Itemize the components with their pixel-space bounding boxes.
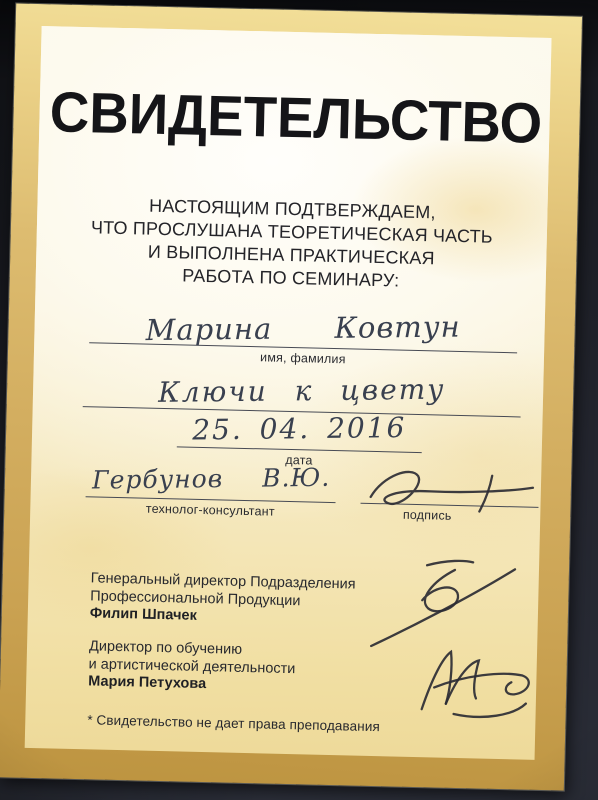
certificate-title: СВИДЕТЕЛЬСТВО	[49, 82, 540, 154]
photo-background: СВИДЕТЕЛЬСТВО НАСТОЯЩИМ ПОДТВЕРЖДАЕМ, ЧТ…	[0, 0, 598, 800]
signer-block-education-director: Директор по обучению и артистической дея…	[88, 638, 296, 695]
field-consultant: Гербунов В.Ю. технолог-консультант	[85, 451, 336, 520]
handwritten-name: Марина Ковтун	[146, 300, 462, 358]
statement: НАСТОЯЩИМ ПОДТВЕРЖДАЕМ, ЧТО ПРОСЛУШАНА Т…	[36, 192, 548, 296]
certificate: СВИДЕТЕЛЬСТВО НАСТОЯЩИМ ПОДТВЕРЖДАЕМ, ЧТ…	[0, 3, 582, 790]
handwritten-date: 25. 04. 2016	[192, 403, 407, 455]
signer-block-general-director: Генеральный директор Подразделения Профе…	[90, 570, 356, 629]
field-name: Марина Ковтун имя, фамилия	[89, 296, 518, 370]
certificate-paper: СВИДЕТЕЛЬСТВО НАСТОЯЩИМ ПОДТВЕРЖДАЕМ, ЧТ…	[25, 26, 552, 760]
ruled-line: 25. 04. 2016	[177, 401, 423, 453]
field-signature: подпись	[360, 455, 540, 525]
ruled-line	[361, 455, 540, 508]
shpachek-signature-icon	[365, 552, 519, 658]
ruled-line: Гербунов В.Ю.	[86, 451, 337, 503]
consultant-signature-icon	[360, 463, 539, 519]
handwritten-consultant-name: Гербунов В.Ю.	[92, 453, 331, 506]
footnote: * Свидетельство не дает права преподаван…	[87, 712, 380, 734]
petukhova-signature-icon	[413, 643, 543, 724]
ruled-line: Марина Ковтун	[89, 296, 518, 353]
